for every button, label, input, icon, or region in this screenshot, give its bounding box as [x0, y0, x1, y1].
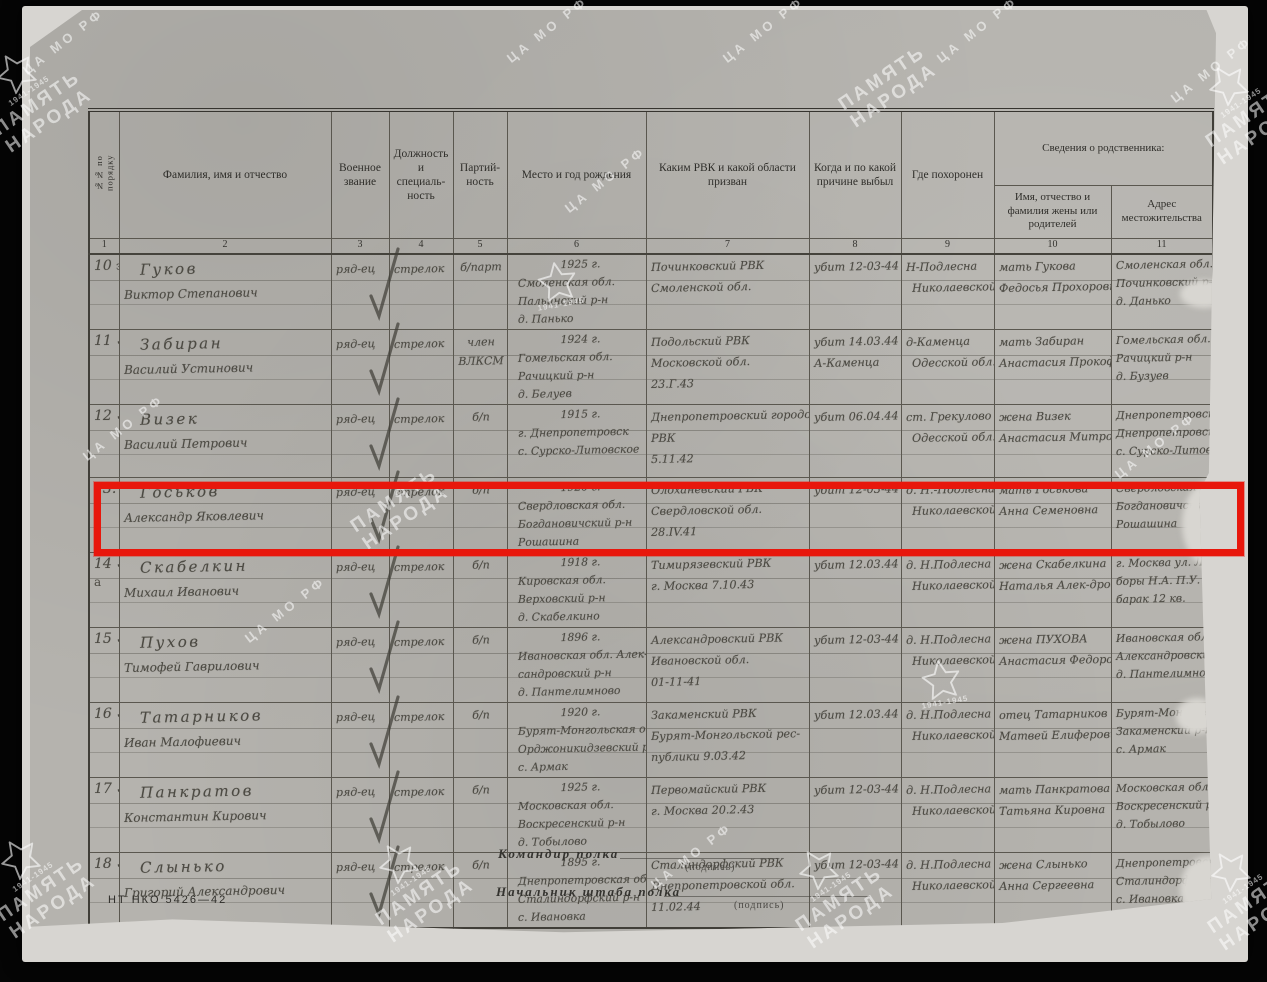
- form-code: НТ НКО 5426—42: [108, 894, 227, 906]
- handwritten-text: 1925 г.: [511, 254, 642, 275]
- scan-background: №№ по порядку Фамилия, имя и отчество Во…: [0, 0, 1267, 982]
- handwritten-text: Воскресенский р-н: [511, 813, 642, 834]
- handwritten-text: стрелок: [393, 410, 449, 427]
- col-num: 3: [331, 238, 389, 254]
- col-header-name: Фамилия, имя и отчество: [119, 110, 331, 238]
- handwritten-text: с. Сурско-Литовское: [511, 440, 642, 461]
- cell-duty: стрелок: [389, 852, 453, 928]
- handwritten-text: мать Гукова: [998, 254, 1107, 277]
- cell-fate: убит 12-03-44 г.: [809, 627, 901, 702]
- cell-num: 10э: [89, 254, 119, 330]
- cell-birth: 1918 г.Кировская обл.Верховский р-нд. Ск…: [507, 552, 646, 627]
- handwritten-text: боры Н.А. П.У.: [1115, 571, 1209, 591]
- handwritten-text: с. Ивановка: [511, 906, 642, 927]
- cell-rvk: Днепропетровский городск.РВК5.11.42: [646, 404, 809, 477]
- handwritten-text: Татьяна Кировна: [998, 798, 1107, 821]
- handwritten-text: с. Сурско-Литовское: [1115, 441, 1209, 461]
- cell-duty: стрелок: [389, 552, 453, 627]
- handwritten-text: Николаевской обл.: [905, 276, 990, 299]
- cell-party: б/п: [453, 404, 507, 477]
- handwritten-text: ст. Грекулово: [905, 405, 990, 428]
- row-number: 14: [94, 556, 112, 572]
- handwritten-text: Николаевской обл.: [905, 574, 990, 597]
- handwritten-text: Панкратов: [123, 777, 327, 805]
- table-row: 16✓ТатарниковИван Малофиевичряд-ецстрело…: [89, 702, 1213, 777]
- cell-buried: Н-ПодлеснаНиколаевской обл.: [901, 254, 994, 330]
- col-num: 2: [119, 238, 331, 254]
- handwritten-text: д. Пантелимново: [1115, 664, 1209, 684]
- col-header-buried: Где похоронен: [901, 110, 994, 238]
- handwritten-text: жена ПУХОВА: [998, 627, 1107, 650]
- handwritten-text: Иван Малофиевич: [123, 727, 327, 755]
- cell-num: 14✓ а: [89, 552, 119, 627]
- handwritten-text: Гуков: [123, 254, 327, 283]
- handwritten-text: д. Н.Подлесна: [905, 703, 990, 726]
- col-num: 11: [1111, 238, 1213, 254]
- handwritten-text: убит 12-03-44 г.: [813, 853, 897, 876]
- cell-fate: убит 12.03.44 г.: [809, 702, 901, 777]
- handwritten-text: Рачицкий р-н: [511, 365, 642, 386]
- handwritten-text: отец Татарников: [998, 702, 1107, 725]
- cell-buried: д-КаменцаОдесской обл.: [901, 329, 994, 404]
- handwritten-text: Матвей Елиферович: [998, 723, 1107, 746]
- cell-relative: жена ВизекАнастасия Митрофан.: [994, 404, 1111, 477]
- cell-address: Московская обл.Воскресенский р-нд. Тобыл…: [1111, 777, 1213, 852]
- cell-buried: д. Н.ПодлеснаНиколаевской обл.: [901, 702, 994, 777]
- cell-buried: д. Н.ПодлеснаНиколаевской обл.: [901, 777, 994, 852]
- handwritten-text: Рачицкий р-н: [1115, 348, 1209, 368]
- cell-num: 11✓: [89, 329, 119, 404]
- handwritten-text: ряд-ец: [335, 261, 385, 278]
- handwritten-text: Ивановская обл. Алек-: [511, 645, 642, 666]
- handwritten-text: д. Н.Подлесна: [905, 778, 990, 801]
- handwritten-text: ряд-ец: [335, 634, 385, 651]
- row-number: 18: [94, 856, 112, 872]
- cell-party: б/п: [453, 552, 507, 627]
- cell-name: ВизекВасилий Петрович: [119, 404, 331, 477]
- handwritten-text: 01-11-41: [650, 669, 805, 693]
- handwritten-text: Днепропетровская обл.: [1115, 405, 1209, 425]
- handwritten-text: жена Слынько: [998, 852, 1107, 875]
- cell-buried: д. Н.ПодлеснаНиколаевской обл.: [901, 552, 994, 627]
- cell-relative: отец ТатарниковМатвей Елиферович: [994, 702, 1111, 777]
- handwritten-text: Подольский РВК: [650, 329, 805, 352]
- col-header-address: Адрес местожительства: [1111, 185, 1213, 238]
- handwritten-text: Николаевской обл.: [905, 874, 990, 897]
- cell-name: ПанкратовКонстантин Кирович: [119, 777, 331, 852]
- handwritten-text: Ивановская обл.: [1115, 628, 1209, 648]
- handwritten-text: д-Каменца: [905, 330, 990, 353]
- signature-line: [620, 858, 778, 859]
- cell-rvk: Починковский РВКСмоленской обл.: [646, 254, 809, 330]
- cell-fate: убит 14.03.44 г.А-Каменца: [809, 329, 901, 404]
- cell-fate: убит 12-03-44 г.: [809, 852, 901, 928]
- cell-rank: ряд-ец: [331, 702, 389, 777]
- handwritten-text: Федосья Прохоровна: [998, 275, 1107, 298]
- handwritten-text: б/п: [457, 632, 503, 649]
- handwritten-text: Василий Устинович: [123, 354, 327, 382]
- cell-rank: ряд-ец: [331, 404, 389, 477]
- handwritten-text: д. Скабелкино: [511, 606, 642, 627]
- cell-party: б/парт: [453, 254, 507, 330]
- handwritten-text: 1925 г.: [511, 777, 642, 797]
- handwritten-text: Наталья Алек-дровна: [998, 573, 1107, 596]
- handwritten-text: 1896 г.: [511, 627, 642, 647]
- handwritten-text: стрелок: [393, 260, 449, 277]
- handwritten-text: 1920 г.: [511, 702, 642, 722]
- handwritten-text: ряд-ец: [335, 336, 385, 353]
- handwritten-text: Гомельская обл.: [1115, 330, 1209, 350]
- handwritten-text: Закаменский РВК: [650, 702, 805, 725]
- document-page: №№ по порядку Фамилия, имя и отчество Во…: [30, 10, 1216, 936]
- cell-name: ТатарниковИван Малофиевич: [119, 702, 331, 777]
- cell-rank: ряд-ец: [331, 777, 389, 852]
- cell-relative: мать ГуковаФедосья Прохоровна: [994, 254, 1111, 330]
- handwritten-text: ряд-ец: [335, 709, 385, 726]
- handwritten-text: 5.11.42: [650, 446, 805, 470]
- handwritten-text: д. Н.Подлесна: [905, 628, 990, 651]
- cell-rank: ряд-ец: [331, 627, 389, 702]
- handwritten-text: 23.Г.43: [650, 371, 805, 395]
- cell-fate: убит 12-03-44 г.: [809, 254, 901, 330]
- signature-line: [664, 896, 870, 897]
- handwritten-text: ряд-ец: [335, 559, 385, 576]
- handwritten-text: Кировская обл.: [511, 570, 642, 591]
- handwritten-text: 1915 г.: [511, 404, 642, 424]
- handwritten-text: Анастасия Прокофьевна: [998, 350, 1107, 373]
- handwritten-text: Смоленская обл.: [511, 272, 642, 293]
- col-header-rank: Военное звание: [331, 110, 389, 238]
- row-number: 15: [94, 631, 112, 647]
- handwritten-text: Московской обл.: [650, 350, 805, 374]
- cell-rvk: Подольский РВКМосковской обл.23.Г.43: [646, 329, 809, 404]
- handwritten-text: А-Каменца: [813, 351, 897, 374]
- handwritten-text: Слынько: [123, 852, 327, 880]
- handwritten-text: д. Н.Подлесна: [905, 853, 990, 876]
- cell-relative: мать ПанкратоваТатьяна Кировна: [994, 777, 1111, 852]
- cell-fate: убит 12-03-44 г.: [809, 777, 901, 852]
- casualty-table-body: 10эГуковВиктор Степановичряд-ецстрелокб/…: [89, 254, 1213, 928]
- handwritten-text: Одесской обл.: [905, 351, 990, 374]
- cell-num: 15✓: [89, 627, 119, 702]
- handwritten-text: убит 14.03.44 г.: [813, 330, 897, 353]
- handwritten-text: д. Н.Подлесна: [905, 553, 990, 576]
- cell-rank: ряд-ец: [331, 552, 389, 627]
- handwritten-text: Пухов: [123, 627, 327, 655]
- handwritten-text: Михаил Иванович: [123, 577, 327, 605]
- cell-relative: жена ПУХОВААнастасия Федоровна: [994, 627, 1111, 702]
- handwritten-text: Московская обл.: [1115, 778, 1209, 798]
- col-header-duty: Должность и специаль- ность: [389, 110, 453, 238]
- col-header-number: №№ по порядку: [94, 138, 115, 208]
- cell-address: Днепропетровская обл.Днепропетровский р-…: [1111, 404, 1213, 477]
- handwritten-text: Ивановской обл.: [650, 648, 805, 672]
- cell-birth: 1924 г.Гомельская обл.Рачицкий р-нд. Бел…: [507, 329, 646, 404]
- handwritten-text: убит 12-03-44 г.: [813, 778, 897, 801]
- col-header-party: Партий- ность: [453, 110, 507, 238]
- cell-duty: стрелок: [389, 777, 453, 852]
- chief-of-staff-label: Начальник штаба полка: [496, 884, 681, 900]
- handwritten-text: сандровский р-н: [511, 663, 642, 684]
- handwritten-text: б/п: [457, 409, 503, 426]
- cell-fate: убит 06.04.44: [809, 404, 901, 477]
- handwritten-text: г. Москва 20.2.43: [650, 798, 805, 822]
- handwritten-text: ряд-ец: [335, 411, 385, 428]
- handwritten-text: убит 12-03-44 г.: [813, 255, 897, 278]
- cell-num: 17✓: [89, 777, 119, 852]
- handwritten-text: стрелок: [393, 335, 449, 352]
- handwritten-text: Татарников: [123, 702, 327, 730]
- cell-name: ПуховТимофей Гаврилович: [119, 627, 331, 702]
- handwritten-text: мать Забиран: [998, 329, 1107, 352]
- handwritten-text: ряд-ец: [335, 859, 385, 876]
- row-number: 17: [94, 781, 112, 797]
- handwritten-text: Воскресенский р-н: [1115, 796, 1209, 816]
- cell-rvk: Тимирязевский РВКг. Москва 7.10.43: [646, 552, 809, 627]
- col-num: 7: [646, 238, 809, 254]
- handwritten-text: д. Тобылово: [1115, 814, 1209, 834]
- cell-buried: ст. ГрекуловоОдесской обл.: [901, 404, 994, 477]
- cell-num: 16✓: [89, 702, 119, 777]
- cell-birth: 1920 г.Бурят-Монгольская обл.Орджоникидз…: [507, 702, 646, 777]
- cell-relative: жена СкабелкинаНаталья Алек-дровна: [994, 552, 1111, 627]
- handwritten-text: барак 12 кв.: [1115, 589, 1209, 609]
- handwritten-text: Московская обл.: [511, 795, 642, 816]
- handwritten-text: Пальинский р-н: [511, 290, 642, 311]
- cell-duty: стрелок: [389, 702, 453, 777]
- highlight-box: [94, 482, 1244, 556]
- handwritten-text: ряд-ец: [335, 784, 385, 801]
- row-number: 16: [94, 706, 112, 722]
- handwritten-text: Анна Сергеевна: [998, 873, 1107, 896]
- handwritten-text: Первомайский РВК: [650, 777, 805, 800]
- col-num: 1: [89, 238, 119, 254]
- handwritten-text: д. Белуев: [511, 383, 642, 404]
- col-header-relatives-group: Сведения о родственника:: [994, 110, 1213, 185]
- handwritten-text: публики 9.03.42: [650, 744, 805, 768]
- cell-name: СлынькоГригорий Александрович: [119, 852, 331, 928]
- cell-name: ГуковВиктор Степанович: [119, 254, 331, 330]
- cell-rvk: Закаменский РВКБурят-Монгольской рес-пуб…: [646, 702, 809, 777]
- table-row: 11✓ЗабиранВасилий Устиновичряд-ецстрелок…: [89, 329, 1213, 404]
- handwritten-text: стрелок: [393, 558, 449, 575]
- cell-duty: стрелок: [389, 627, 453, 702]
- handwritten-text: Николаевской обл.: [905, 724, 990, 747]
- handwritten-text: с. Армак: [511, 756, 642, 777]
- handwritten-text: 1924 г.: [511, 329, 642, 349]
- col-num: 4: [389, 238, 453, 254]
- cell-name: СкабелкинМихаил Иванович: [119, 552, 331, 627]
- handwritten-text: Забиран: [123, 329, 327, 357]
- cell-fate: убит 12.03.44 г.: [809, 552, 901, 627]
- col-num: 5: [453, 238, 507, 254]
- handwritten-text: Н-Подлесна: [905, 255, 990, 278]
- cell-rank: ряд-ец: [331, 329, 389, 404]
- handwritten-text: Анастасия Митрофан.: [998, 425, 1107, 448]
- handwritten-text: жена Визек: [998, 404, 1107, 427]
- handwritten-text: Бурят-Монгольской рес-: [650, 723, 805, 747]
- cell-rvk: Первомайский РВКг. Москва 20.2.43: [646, 777, 809, 852]
- handwritten-text: б/парт: [457, 259, 503, 276]
- handwritten-text: член: [457, 334, 503, 351]
- handwritten-text: Василий Петрович: [123, 429, 327, 457]
- table-row: 14✓ аСкабелкинМихаил Ивановичряд-ецстрел…: [89, 552, 1213, 627]
- cell-duty: стрелок: [389, 404, 453, 477]
- cell-party: членВЛКСМ: [453, 329, 507, 404]
- row-number: 12: [94, 408, 112, 424]
- handwritten-text: Орджоникидзевский р-н: [511, 738, 642, 759]
- cell-party: б/п: [453, 627, 507, 702]
- handwritten-text: Одесской обл.: [905, 426, 990, 449]
- cell-party: б/п: [453, 777, 507, 852]
- col-num: 9: [901, 238, 994, 254]
- handwritten-text: д. Пантелимново: [511, 681, 642, 702]
- table-row: 12✓ВизекВасилий Петровичряд-ецстрелокб/п…: [89, 404, 1213, 477]
- handwritten-text: Скабелкин: [123, 552, 327, 580]
- handwritten-text: б/п: [457, 782, 503, 799]
- handwritten-text: Александровский р-н: [1115, 646, 1209, 666]
- handwritten-text: Виктор Степанович: [123, 279, 327, 307]
- handwritten-text: стрелок: [393, 708, 449, 725]
- row-number: 11: [94, 333, 112, 349]
- cell-num: 18✓: [89, 852, 119, 928]
- handwritten-text: убит 12-03-44 г.: [813, 628, 897, 651]
- handwritten-text: стрелок: [393, 858, 449, 875]
- signature-hint: (подпись): [685, 862, 736, 873]
- handwritten-text: б/п: [457, 857, 503, 874]
- handwritten-text: Николаевской обл.: [905, 649, 990, 672]
- handwritten-text: б/п: [457, 557, 503, 574]
- handwritten-text: ВЛКСМ: [457, 353, 503, 370]
- commander-signature-label: Командир полка: [498, 846, 619, 862]
- handwritten-text: Константин Кирович: [123, 802, 327, 830]
- cell-rank: ряд-ец: [331, 852, 389, 928]
- handwritten-text: Днепропетровский городск.: [650, 404, 805, 427]
- handwritten-text: Верховский р-н: [511, 588, 642, 609]
- cell-address: Ивановская обл.Александровский р-нд. Пан…: [1111, 627, 1213, 702]
- cell-party: б/п: [453, 702, 507, 777]
- col-num: 10: [994, 238, 1111, 254]
- handwritten-text: Гомельская обл.: [511, 347, 642, 368]
- handwritten-text: стрелок: [393, 783, 449, 800]
- table-row: 15✓ПуховТимофей Гавриловичряд-ецстрелокб…: [89, 627, 1213, 702]
- cell-num: 12✓: [89, 404, 119, 477]
- col-header-birth: Место и год рождения: [507, 110, 646, 238]
- cell-duty: стрелок: [389, 254, 453, 330]
- handwritten-text: Смоленской обл.: [650, 275, 805, 299]
- handwritten-text: Николаевской обл.: [905, 799, 990, 822]
- handwritten-text: Смоленская обл.: [1115, 255, 1209, 275]
- cell-address: Гомельская обл.Рачицкий р-нд. Бузуев: [1111, 329, 1213, 404]
- handwritten-text: убит 12.03.44 г.: [813, 703, 897, 726]
- handwritten-text: РВК: [650, 425, 805, 449]
- cell-name: ЗабиранВасилий Устинович: [119, 329, 331, 404]
- handwritten-text: убит 06.04.44: [813, 405, 897, 428]
- col-header-rvk: Каким РВК и какой области призван: [646, 110, 809, 238]
- handwritten-text: мать Панкратова: [998, 777, 1107, 800]
- handwritten-text: Тимофей Гаврилович: [123, 652, 327, 680]
- col-num: 8: [809, 238, 901, 254]
- signature-hint: (подпись): [734, 900, 785, 911]
- handwritten-text: убит 12.03.44 г.: [813, 553, 897, 576]
- cell-buried: д. Н.ПодлеснаНиколаевской обл.: [901, 627, 994, 702]
- cell-rank: ряд-ец: [331, 254, 389, 330]
- cell-duty: стрелок: [389, 329, 453, 404]
- col-header-relative-name: Имя, отчество и фамилия жены или родител…: [994, 185, 1111, 238]
- handwritten-text: Починковский РВК: [650, 254, 805, 278]
- column-number-strip: 1 2 3 4 5 6 7 8 9 10 11: [89, 238, 1213, 254]
- col-header-fate: Когда и по какой причине выбыл: [809, 110, 901, 238]
- cell-birth: 1925 г.Смоленская обл.Пальинский р-нд. П…: [507, 254, 646, 330]
- handwritten-text: с. Армак: [1115, 739, 1209, 759]
- cell-birth: 1915 г.г. Днепропетровскс. Сурско-Литовс…: [507, 404, 646, 477]
- handwritten-text: Бурят-Монгольская обл.: [511, 720, 642, 741]
- cell-relative: мать ЗабиранАнастасия Прокофьевна: [994, 329, 1111, 404]
- cell-rvk: Александровский РВКИвановской обл.01-11-…: [646, 627, 809, 702]
- handwritten-text: Визек: [123, 404, 327, 432]
- handwritten-text: Александровский РВК: [650, 627, 805, 650]
- handwritten-text: стрелок: [393, 633, 449, 650]
- table-row: 17✓ПанкратовКонстантин Кировичряд-ецстре…: [89, 777, 1213, 852]
- row-number: 10: [94, 258, 112, 274]
- handwritten-text: б/п: [457, 707, 503, 724]
- handwritten-text: Анастасия Федоровна: [998, 648, 1107, 671]
- table-row: 10эГуковВиктор Степановичряд-ецстрелокб/…: [89, 254, 1213, 330]
- handwritten-text: Днепропетровский р-н: [1115, 423, 1209, 443]
- cell-birth: 1925 г.Московская обл.Воскресенский р-нд…: [507, 777, 646, 852]
- handwritten-text: д. Панько: [511, 308, 642, 329]
- cell-birth: 1896 г.Ивановская обл. Алек-сандровский …: [507, 627, 646, 702]
- handwritten-text: г. Днепропетровск: [511, 422, 642, 443]
- cell-buried: д. Н.ПодлеснаНиколаевской обл.: [901, 852, 994, 928]
- handwritten-text: д. Бузуев: [1115, 366, 1209, 386]
- col-num: 6: [507, 238, 646, 254]
- handwritten-text: г. Москва 7.10.43: [650, 573, 805, 597]
